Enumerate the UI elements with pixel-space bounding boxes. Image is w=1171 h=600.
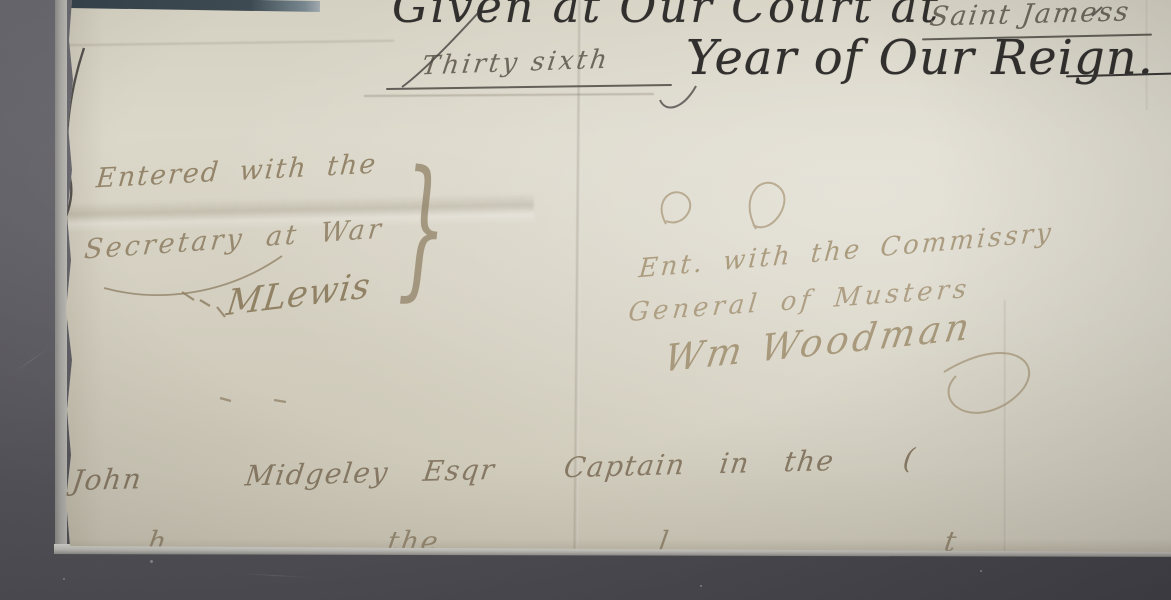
docket-line-officer-name: John Midgeley Esqr Captain in the ( bbox=[70, 445, 917, 495]
mat-speck bbox=[150, 560, 153, 563]
secretary-at-war-signature: MLewis bbox=[224, 269, 372, 322]
mat-scratch bbox=[12, 347, 50, 374]
dark-label-bar bbox=[68, 0, 320, 12]
parchment-document: Given at Our Court at Saint Jamess Thirt… bbox=[64, 0, 1171, 553]
squiggle-flourish bbox=[662, 183, 785, 229]
handwritten-place-fill: Saint Jamess bbox=[928, 0, 1132, 31]
vertical-fold-crease bbox=[1004, 300, 1007, 553]
war-office-entry-line1: Entered with the bbox=[95, 151, 378, 193]
mat-speck bbox=[980, 570, 982, 572]
war-office-entry-line2: Secretary at War bbox=[83, 215, 385, 263]
engraved-given-at-court: Given at Our Court at bbox=[392, 0, 940, 29]
fill-in-rule bbox=[386, 84, 672, 90]
left-margin-flourish bbox=[64, 48, 84, 236]
handwritten-regnal-year-fill: Thirty sixth bbox=[420, 47, 611, 80]
horizontal-crease bbox=[364, 93, 654, 97]
mat-scratch bbox=[240, 573, 310, 578]
mat-speck bbox=[63, 578, 65, 580]
muster-entry-line1: Ent. with the Commissry bbox=[638, 220, 1055, 283]
signature-loop-flourish bbox=[944, 353, 1029, 413]
horizontal-crease bbox=[64, 40, 394, 47]
descender-flourish bbox=[660, 86, 696, 108]
entry-brace: } bbox=[397, 150, 447, 306]
mat-speck bbox=[700, 585, 702, 587]
mat-bevel-left bbox=[55, 0, 67, 552]
ink-dashes bbox=[220, 398, 286, 402]
ink-ticks bbox=[182, 292, 225, 317]
framed-document-photo: Given at Our Court at Saint Jamess Thirt… bbox=[0, 0, 1171, 600]
